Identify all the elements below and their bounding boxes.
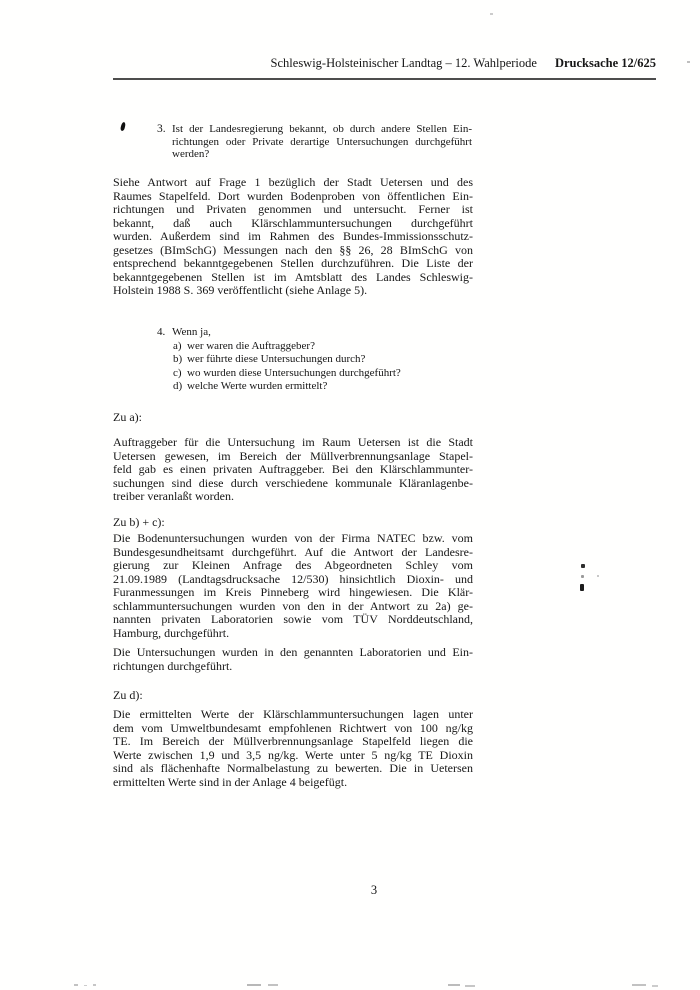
text-line: TE. Im Bereich der Müllverbrennungsanlag…	[113, 735, 473, 749]
question-3-number: 3.	[157, 123, 166, 136]
scan-artifact	[74, 984, 78, 986]
item-text: wer führte diese Untersuchungen durch?	[187, 353, 365, 365]
text-line: richtungen oder Private derartige Unters…	[172, 136, 472, 149]
text-line: Auftraggeber für die Untersuchung im Rau…	[113, 436, 473, 450]
item-marker: a)	[173, 340, 187, 354]
section-a-paragraph: Auftraggeber für die Untersuchung im Rau…	[113, 436, 473, 504]
text-line: nannten privaten Laboratorien sowie vom …	[113, 613, 473, 627]
text-line: Werte zwischen 1,9 und 3,5 ng/kg. Werte …	[113, 749, 473, 763]
scan-artifact	[448, 984, 460, 986]
header-doc-number: Drucksache 12/625	[555, 56, 656, 70]
text-line: dem vom Umweltbundesamt empfohlenen Rich…	[113, 722, 473, 736]
question-4: 4.Wenn ja, a)wer waren die Auftraggeber?…	[157, 326, 401, 394]
header-title: Schleswig-Holsteinischer Landtag – 12. W…	[271, 56, 537, 70]
question-3: 3. Ist der Landesregierung bekannt, ob d…	[157, 123, 472, 161]
text-line: Uetersen gewesen, im Bereich der Müllver…	[113, 450, 473, 464]
text-line: richtungen durchgeführt.	[113, 660, 473, 674]
text-line: schlammuntersuchungen wurden von den in …	[113, 600, 473, 614]
page-number: 3	[113, 883, 635, 897]
scan-artifact	[84, 985, 87, 986]
section-bc-heading: Zu b) + c):	[113, 516, 165, 530]
text-line: Die Untersuchungen wurden in den genannt…	[113, 646, 473, 660]
document-page: Schleswig-Holsteinischer Landtag – 12. W…	[0, 0, 700, 990]
text-line: Furanmessungen im Kreis Pinneberg wird h…	[113, 586, 473, 600]
answer-3-paragraph: Siehe Antwort auf Frage 1 bezüglich der …	[113, 176, 473, 298]
text-line: Die Bodenuntersuchungen wurden von der F…	[113, 532, 473, 546]
scan-artifact	[268, 984, 278, 986]
scan-artifact	[652, 985, 658, 987]
scan-artifact	[465, 985, 475, 987]
text-line: werden?	[172, 148, 472, 161]
text-line: bekanntgegebenen Stellen ist im Amtsblat…	[113, 271, 473, 285]
text-line: treiber veranlaßt worden.	[113, 490, 473, 504]
item-text: wo wurden diese Untersuchungen durchgefü…	[187, 367, 401, 379]
text-line: Bundesgesundheitsamt durchgeführt. Auf d…	[113, 546, 473, 560]
scan-artifact	[632, 984, 646, 986]
item-marker: d)	[173, 380, 187, 394]
text-line: Die ermittelten Werte der Klärschlammunt…	[113, 708, 473, 722]
text-line: Siehe Antwort auf Frage 1 bezüglich der …	[113, 176, 473, 190]
text-line: Ist der Landesregierung bekannt, ob durc…	[172, 123, 472, 136]
ink-mark	[120, 122, 126, 132]
question-4-item-d: d)welche Werte wurden ermittelt?	[173, 380, 401, 394]
question-4-item-a: a)wer waren die Auftraggeber?	[173, 340, 401, 354]
section-bc-paragraph-1: Die Bodenuntersuchungen wurden von der F…	[113, 532, 473, 640]
text-line: 21.09.1989 (Landtagsdrucksache 12/530) h…	[113, 573, 473, 587]
text-line: Raumes Stapelfeld. Dort wurden Bodenprob…	[113, 190, 473, 204]
text-line: feld gab es einen privaten Auftraggeber.…	[113, 463, 473, 477]
ink-speck	[597, 575, 599, 577]
question-4-intro-text: Wenn ja,	[172, 326, 211, 338]
question-4-number: 4.	[157, 326, 172, 340]
question-4-item-b: b)wer führte diese Untersuchungen durch?	[173, 353, 401, 367]
text-line: suchungen sind diese durch verschiedene …	[113, 477, 473, 491]
text-line: richtungen und Privaten genommen und unt…	[113, 203, 473, 217]
text-line: gesetzes (BImSchG) Messungen nach den §§…	[113, 244, 473, 258]
text-line: entsprechend bekanntgegebenen Stellen du…	[113, 257, 473, 271]
text-line: ermittelten Werte sind in der Anlage 4 b…	[113, 776, 473, 790]
item-text: welche Werte wurden ermittelt?	[187, 380, 327, 392]
scan-artifact	[247, 984, 261, 986]
section-d-heading: Zu d):	[113, 689, 143, 703]
ink-speck	[687, 61, 690, 63]
ink-speck	[490, 13, 493, 15]
ink-speck	[581, 564, 585, 568]
text-line: sind als flächenhafte Normalbelastung zu…	[113, 762, 473, 776]
page-header: Schleswig-Holsteinischer Landtag – 12. W…	[113, 56, 656, 70]
item-marker: c)	[173, 367, 187, 381]
section-bc-paragraph-2: Die Untersuchungen wurden in den genannt…	[113, 646, 473, 673]
text-line: gierung zur Kleinen Anfrage des Abgeordn…	[113, 559, 473, 573]
scan-artifact	[93, 984, 96, 986]
question-3-text: Ist der Landesregierung bekannt, ob durc…	[172, 123, 472, 161]
header-rule	[113, 78, 656, 80]
text-line: wurden. Außerdem sind im Rahmen des Bund…	[113, 230, 473, 244]
text-line: Holstein 1988 S. 369 veröffentlicht (sie…	[113, 284, 473, 298]
item-text: wer waren die Auftraggeber?	[187, 340, 315, 352]
section-a-heading: Zu a):	[113, 411, 142, 425]
question-4-item-c: c)wo wurden diese Untersuchungen durchge…	[173, 367, 401, 381]
question-4-intro: 4.Wenn ja,	[157, 326, 401, 340]
ink-speck	[580, 584, 584, 591]
text-line: Hamburg, durchgeführt.	[113, 627, 473, 641]
ink-speck	[581, 575, 584, 578]
text-line: bekannt, daß auch Klärschlammuntersuchun…	[113, 217, 473, 231]
section-d-paragraph: Die ermittelten Werte der Klärschlammunt…	[113, 708, 473, 789]
item-marker: b)	[173, 353, 187, 367]
